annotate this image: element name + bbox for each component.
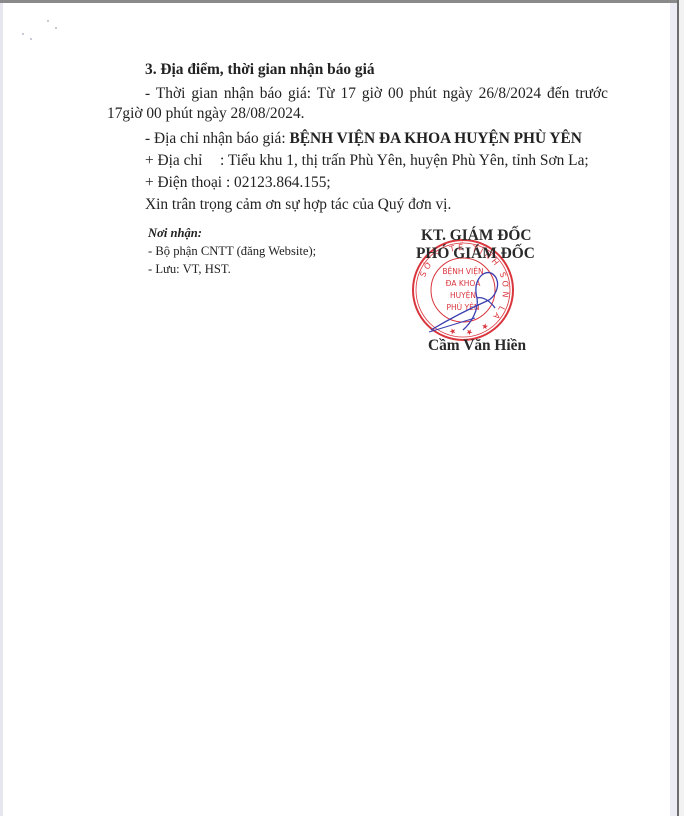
phone-line: + Điện thoại : 02123.864.155; (145, 173, 331, 193)
thanks-line: Xin trân trọng cảm ơn sự hợp tác của Quý… (145, 195, 451, 215)
address-label: + Địa chỉ (145, 151, 220, 171)
scan-speck (30, 38, 32, 40)
receive-time-line-2: 17giờ 00 phút ngày 28/08/2024. (107, 104, 305, 124)
address-line: + Địa chỉ: Tiểu khu 1, thị trấn Phù Yên,… (145, 151, 589, 171)
svg-text:BỆNH VIỆN: BỆNH VIỆN (442, 267, 483, 276)
phone-value: : 02123.864.155; (226, 174, 331, 191)
recipients-title: Nơi nhận: (148, 225, 202, 242)
receive-address-line: - Địa chỉ nhận báo giá: BỆNH VIỆN ĐA KHO… (145, 129, 582, 149)
svg-text:HUYỆN: HUYỆN (450, 291, 476, 300)
signature-title-1: KT. GIÁM ĐỐC (421, 227, 531, 245)
receive-time-line-1: - Thời gian nhận báo giá: Từ 17 giờ 00 p… (145, 84, 608, 104)
scan-speck (47, 20, 49, 22)
recipient-item: - Bộ phận CNTT (đăng Website); (148, 243, 316, 260)
scan-speck (22, 33, 24, 35)
receive-address-org: BỆNH VIỆN ĐA KHOA HUYỆN PHÙ YÊN (289, 130, 581, 147)
page-right-shadow (670, 3, 677, 816)
phone-label: + Điện thoại (145, 174, 222, 191)
recipient-item: - Lưu: VT, HST. (148, 261, 231, 278)
address-value: : Tiểu khu 1, thị trấn Phù Yên, huyện Ph… (220, 152, 589, 169)
svg-text:PHÙ YÊN: PHÙ YÊN (447, 303, 480, 312)
receive-address-label: - Địa chỉ nhận báo giá: (145, 130, 289, 147)
scan-speck (55, 27, 57, 29)
viewer-background (679, 0, 684, 816)
signer-name: Cầm Văn Hiền (428, 337, 526, 355)
page-top-border (0, 0, 679, 3)
page-left-edge (0, 3, 3, 816)
section-heading: 3. Địa điểm, thời gian nhận báo giá (145, 60, 375, 80)
signature-title-2: PHÓ GIÁM ĐỐC (416, 245, 535, 263)
